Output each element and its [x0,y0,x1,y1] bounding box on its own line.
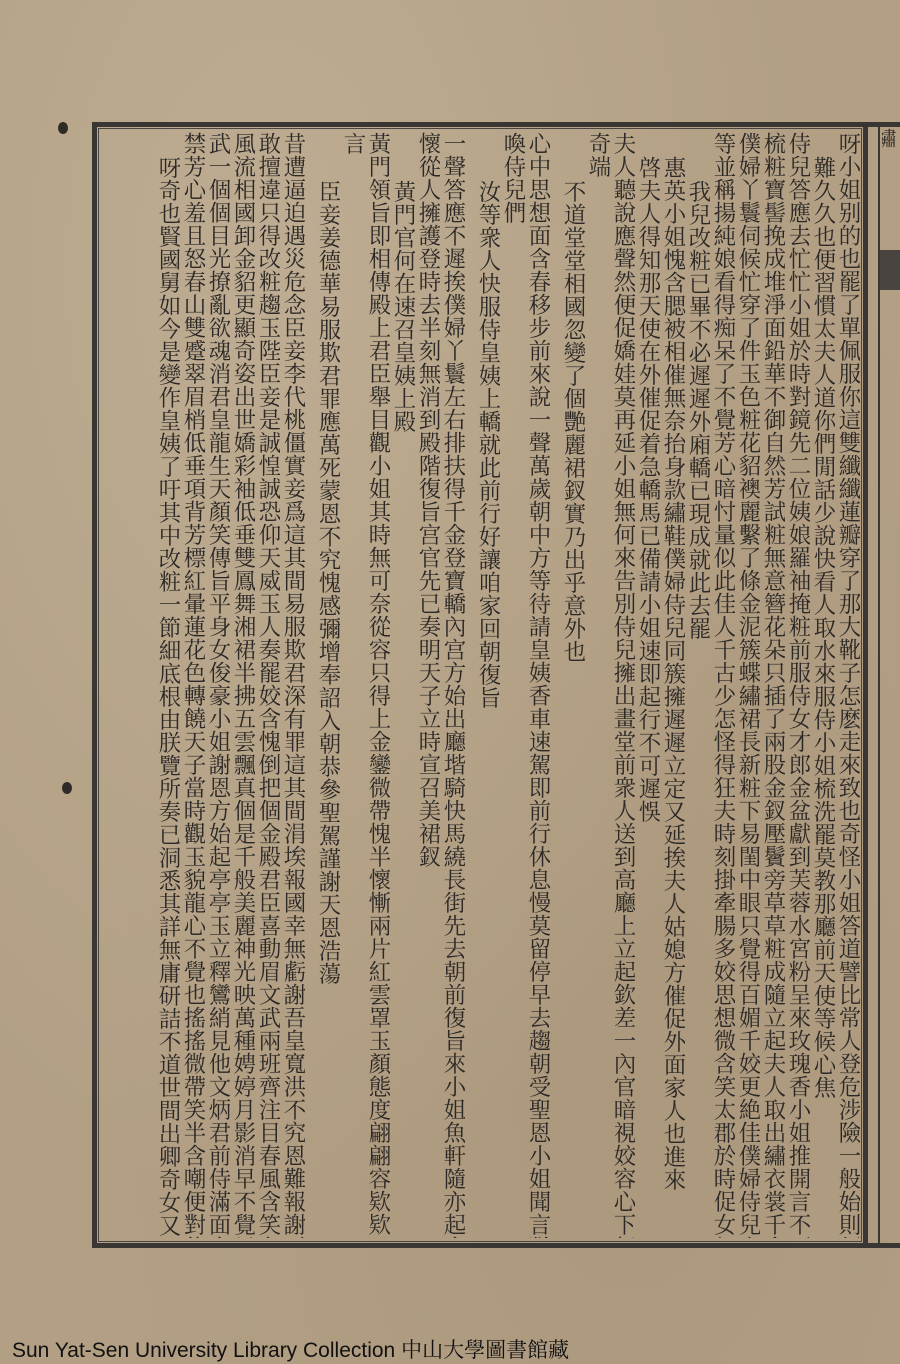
text-column: 呀小姐别的也罷了單佩服你這雙纖纖蓮瓣穿了那大靴子怎麽走來致也奇怪小姐答道譬比常人… [835,132,860,1238]
text-column: 我兒改粧已畢不必遲遲外廂轎已現成就此去罷 [685,132,710,1238]
text-column: 呀奇也賢國舅如今是變作皇姨了吁其中改粧一節細底根由朕覽所奏已洞悉其詳無庸研詰不道… [155,132,180,1238]
book-title-fragment: 繡 [882,128,900,248]
text-column: 侍兒答應去忙忙小姐於時對鏡先二位姨娘羅袖掩粧前服侍女才郎金盆獻到芙蓉水宮粉呈來玫… [785,132,810,1238]
text-column: 黃門官何在速召皇姨上殿 [390,132,415,1238]
text-column: 不道堂堂相國忽變了個艷麗裙釵實乃出乎意外也 [560,132,585,1238]
text-column: 懷從人擁護登時去半刻無消到殿階復旨宫官先已奏明天子立時宣召美裙釵 [415,132,440,1238]
text-body: 呀小姐别的也罷了單佩服你這雙纖纖蓮瓣穿了那大靴子怎麽走來致也奇怪小姐答道譬比常人… [104,132,860,1238]
text-column: 風流相國卸金貂更顯奇姿出世嬌彩袖低垂雙鳳舞湘裙半拂五雲飄真個是千般美麗神光映萬種… [230,132,255,1238]
text-column: 難久久也便習慣太夫人道你們閒話少說快看人取水來服侍小姐梳洗罷莫教那廳前天使等候心… [810,132,835,1238]
text-column: 啓夫人得知那天使在外催促着急轎馬已備請小姐速即起行不可遲悞 [635,132,660,1238]
text-column: 喚侍兒們 [500,132,525,1238]
text-column: 臣妾姜德華易服欺君罪應萬死蒙恩不究愧感彌增奉詔入朝恭參聖駕謹謝天恩浩蕩 [315,132,340,1238]
text-column: 奇端 [585,132,610,1238]
binding-hole [62,782,72,794]
text-column: 敢擅違只得改粧趨玉陛臣妾是誠惶誠恐仰天威玉人奏罷姣含愧倒把個金殿君臣喜動眉文武兩… [255,132,280,1238]
library-collection-caption: Sun Yat-Sen University Library Collectio… [12,1334,569,1364]
text-column: 梳粧寶髻挽成堆淨面鉛華不御自然芳試粧無意簪花朵只插了兩股金釵壓鬢旁草草粧成隨立起… [760,132,785,1238]
text-column: 僕婦丫鬟伺候忙穿了件玉色粧花貂襖麗繫了條金泥簇蝶繡裙長新粧下易閨中眼只覺得百媚千… [735,132,760,1238]
text-column: 心中思想面含春移步前來說一聲萬歲朝中方等待請皇姨香車速駕即前行休息慢莫留停早去趨… [525,132,550,1238]
text-column: 惠英小姐愧含腮被相催無奈抬身款繡鞋僕婦侍兒同簇擁遲遲立定又延挨夫人姑媳方催促外面… [660,132,685,1238]
fold-line [878,122,880,1248]
fish-tail-mark [880,250,900,290]
text-column: 夫人聽說應聲然便促嬌娃莫再延小姐無何來告別侍兒擁出畫堂前衆人送到高廳上立起欽差一… [610,132,635,1238]
text-column: 一聲答應不遲挨僕婦丫鬟左右排扶得千金登寶轎內宫方始出廳堦騎快馬繞長街先去朝前復旨… [440,132,465,1238]
book-page: 繡 呀小姐别的也罷了單佩服你這雙纖纖蓮瓣穿了那大靴子怎麽走來致也奇怪小姐答道譬比… [0,0,900,1364]
text-column: 黃門領旨即相傳殿上君臣舉目觀小姐其時無可奈從容只得上金鑾微帶愧半懷慚兩片紅雲罩玉… [365,132,390,1238]
text-column: 言 [340,132,365,1238]
text-column: 等並稱揚純娘看得痴呆了不覺芳心暗忖量似此佳人千古少怎怪得狂夫時刻掛牽腸多姣思想微… [710,132,735,1238]
text-column: 汝等衆人快服侍皇姨上轎就此前行好讓咱家回朝復旨 [475,132,500,1238]
center-fold-margin [868,122,900,1248]
binding-hole [58,122,68,134]
text-column: 禁芳心羞且怒春山雙蹙翠眉梢低垂項背芳標紅暈蓮花色轉饒天子當時觀玉貌龍心不覺也搖搖… [180,132,205,1238]
text-column: 武一個個目光撩亂欲魂消君皇龍生天顏笑傳旨平身女俊豪小姐謝恩方始起亭亭玉立釋鸞綃見… [205,132,230,1238]
text-column: 昔遭逼迫遇災危念臣妾李代桃僵實妾爲這其間易服欺君深有罪這其間涓埃報國幸無虧謝吾皇… [280,132,305,1238]
